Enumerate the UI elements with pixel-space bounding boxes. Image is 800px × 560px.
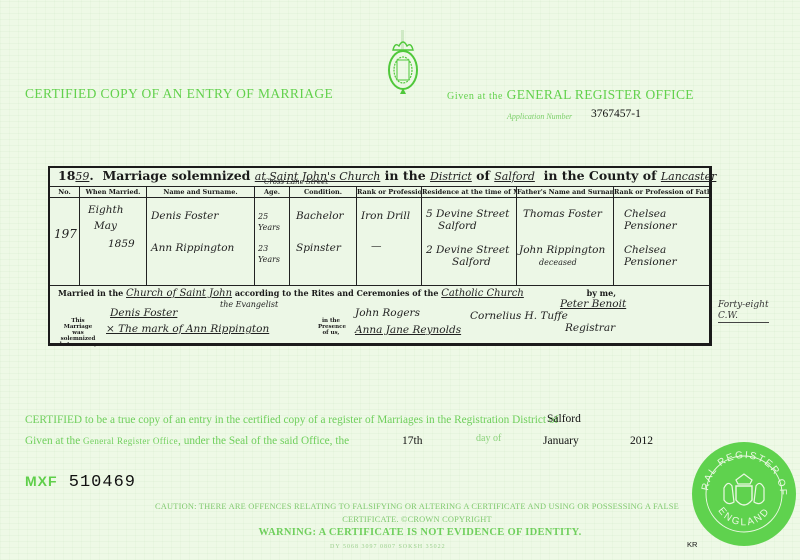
col-header-father-profession: Rank or Profession of Father. [614, 187, 711, 198]
married-in-place: Church of Saint John [126, 288, 232, 299]
col-header-residence: Residence at the time of Marriage. [422, 187, 516, 198]
of-label: of [476, 168, 490, 183]
presence-label-3: of us, [318, 330, 344, 336]
bride-residence-town: Salford [452, 257, 491, 268]
serial-prefix: MXF [25, 473, 58, 489]
registrar-signature: Cornelius H. Tuffe [470, 311, 568, 322]
year-prefix: 18 [58, 168, 75, 183]
groom-signature: Denis Foster [110, 308, 177, 319]
certification-district: Salford [547, 413, 581, 425]
by-me-label: by me, [587, 288, 616, 298]
district-label: District [430, 170, 472, 183]
married-day: Eighth [88, 205, 124, 216]
col-header-profession: Rank or Profession. [357, 187, 421, 198]
presence-label: in the Presence of us, [318, 318, 344, 336]
bride-condition: Spinster [296, 243, 341, 254]
county-value: Lancaster [661, 170, 717, 183]
certification-year: 2012 [630, 435, 653, 447]
between-label-1: This Marriage [58, 318, 98, 330]
county-label: in the County of [544, 168, 657, 183]
groom-father-name: Thomas Foster [523, 209, 602, 220]
col-age: Age. 25 Years 23 Years [255, 187, 290, 285]
bride-father-profession-2: Pensioner [624, 257, 677, 268]
bride-name: Ann Rippington [151, 243, 234, 254]
rites-value: Catholic Church [441, 288, 524, 299]
certification-day: 17th [402, 435, 422, 447]
married-in-label: Married in the [58, 288, 123, 298]
office-name-smallcaps: General Register Office [83, 436, 178, 446]
col-father-profession: Rank or Profession of Father. Chelsea Pe… [614, 187, 711, 285]
col-header-number: No. [50, 187, 79, 198]
year-suffix: 59 [75, 170, 89, 183]
between-label-3: between us, [58, 342, 98, 348]
officiant-signature: Peter Benoit [560, 299, 626, 310]
margin-note: Forty-eight C.W. [718, 300, 769, 323]
bride-father-name: John Rippington [519, 245, 605, 256]
groom-residence-street: 5 Devine Street [426, 209, 509, 220]
between-label-2: was solemnized [58, 330, 98, 342]
groom-age: 25 Years [258, 211, 288, 233]
day-of-label: day of [476, 433, 501, 444]
seal-text: , under the Seal of the said Office, the [178, 435, 349, 447]
bride-profession: — [371, 241, 382, 252]
col-header-condition: Condition. [290, 187, 356, 198]
margin-note-1: Forty-eight [718, 300, 769, 311]
witness-1: John Rogers [355, 308, 420, 319]
col-number: No. 197 [50, 187, 80, 285]
document-title: CERTIFIED COPY OF AN ENTRY OF MARRIAGE [25, 86, 333, 102]
bride-age: 23 Years [258, 243, 288, 265]
rites-label: according to the Rites and Ceremonies of… [235, 288, 439, 298]
margin-note-2: C.W. [718, 311, 769, 322]
registrar-initials: KR [687, 540, 697, 549]
groom-name: Denis Foster [151, 211, 218, 222]
certification-month: January [543, 435, 579, 447]
groom-profession: Iron Drill [361, 211, 410, 222]
solemnized-label: Marriage solemnized [102, 168, 250, 183]
col-header-name: Name and Surname. [147, 187, 254, 198]
groom-father-profession-2: Pensioner [624, 221, 677, 232]
col-residence: Residence at the time of Marriage. 5 Dev… [422, 187, 517, 285]
entry-number: 197 [54, 229, 77, 240]
groom-residence-town: Salford [438, 221, 477, 232]
given-at-statement: Given at the General Register Office, un… [25, 435, 349, 447]
solemnized-between-label: This Marriage was solemnized between us, [58, 318, 98, 348]
col-header-age: Age. [255, 187, 289, 198]
application-number: 3767457-1 [591, 108, 641, 120]
certification-statement: CERTIFIED to be a true copy of an entry … [25, 414, 558, 426]
col-header-when-married: When Married. [80, 187, 146, 198]
in-the-label: in the [385, 168, 426, 183]
bride-residence-street: 2 Devine Street [426, 245, 509, 256]
warning-notice: WARNING: A CERTIFICATE IS NOT EVIDENCE O… [150, 527, 690, 538]
col-when-married: When Married. Eighth May 1859 [80, 187, 147, 285]
married-in-subtext: the Evangelist [220, 299, 278, 310]
entry-grid: No. 197 When Married. Eighth May 1859 Na… [50, 186, 709, 286]
col-profession: Rank or Profession. Iron Drill — [357, 187, 422, 285]
fine-print: DY 5068 3097 0807 SOKSH 35022 [330, 544, 446, 550]
groom-father-profession-1: Chelsea [624, 209, 666, 220]
general-register-office-seal-icon: GENERAL REGISTER OFFICE × ENGLAND × [690, 440, 798, 548]
register-entry-table: 1859. Marriage solemnized at Saint John'… [48, 166, 712, 346]
married-year: 1859 [108, 239, 135, 250]
serial-digits: 510469 [69, 473, 136, 492]
district-value: Salford [494, 170, 535, 183]
application-number-label: Application Number [507, 112, 572, 121]
bride-mark: × The mark of Ann Rippington [106, 324, 269, 335]
col-condition: Condition. Bachelor Spinster [290, 187, 357, 285]
caution-notice: CAUTION: THERE ARE OFFENCES RELATING TO … [152, 500, 682, 526]
registrar-title: Registrar [565, 323, 615, 334]
serial-number: MXF 510469 [25, 473, 136, 492]
col-header-father-name: Father's Name and Surname. [517, 187, 613, 198]
col-father-name: Father's Name and Surname. Thomas Foster… [517, 187, 614, 285]
given-at-text: Given at the [25, 435, 80, 447]
groom-condition: Bachelor [296, 211, 344, 222]
bride-father-status: deceased [539, 257, 577, 268]
issuing-office-title: Given at the GENERAL REGISTER OFFICE [447, 87, 694, 103]
married-month: May [94, 221, 117, 232]
col-name: Name and Surname. Denis Foster Ann Rippi… [147, 187, 255, 285]
register-heading: 1859. Marriage solemnized at Saint John'… [50, 168, 709, 184]
witness-2: Anna Jane Reynolds [355, 325, 461, 336]
bride-father-profession-1: Chelsea [624, 245, 666, 256]
office-name: GENERAL REGISTER OFFICE [507, 87, 694, 102]
given-at-prefix: Given at the [447, 91, 503, 102]
royal-crest-icon [385, 30, 421, 96]
